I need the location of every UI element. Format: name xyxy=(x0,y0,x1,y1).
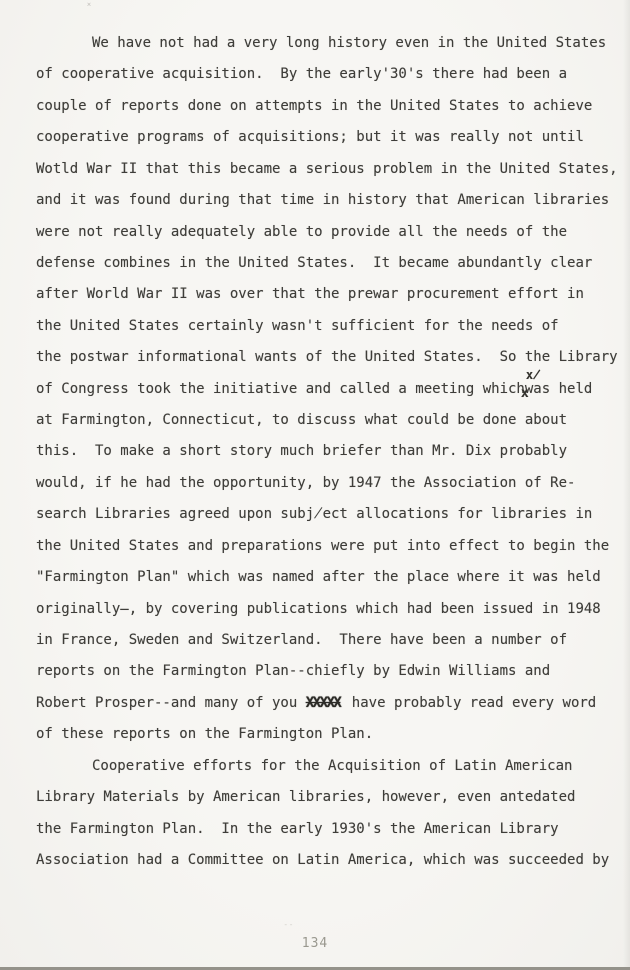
text-line: after World War II was over that the pre… xyxy=(36,286,584,303)
text-line: the Farmington Plan. In the early 1930's… xyxy=(36,821,559,838)
text-segment: of Congress took the initiative and call… xyxy=(36,381,525,397)
text-line: "Farmington Plan" which was named after … xyxy=(36,569,601,586)
text-segment: Cooperative efforts for the Acquisition … xyxy=(92,758,572,774)
text-line: We have not had a very long history even… xyxy=(36,35,606,52)
text-segment: couple of reports done on attempts in th… xyxy=(36,98,592,114)
text-segment: reports on the Farmington Plan--chiefly … xyxy=(36,663,550,679)
text-line: Library Materials by American libraries,… xyxy=(36,789,575,806)
text-segment: after World War II was over that the pre… xyxy=(36,286,584,302)
text-line: Cooperative efforts for the Acquisition … xyxy=(36,758,572,775)
text-line: Robert Prosper--and many of you XXXXX ha… xyxy=(36,695,596,712)
text-segment: this. To make a short story much briefer… xyxy=(36,443,567,459)
text-line: would, if he had the opportunity, by 194… xyxy=(36,475,575,492)
text-segment: the postwar informational wants of the U… xyxy=(36,349,618,365)
text-line: this. To make a short story much briefer… xyxy=(36,443,567,460)
text-segment: at Farmington, Connecticut, to discuss w… xyxy=(36,412,567,428)
text-segment: Association had a Committee on Latin Ame… xyxy=(36,852,609,868)
text-line: search Libraries agreed upon subj̸ect al… xyxy=(36,506,592,523)
text-line: cooperative programs of acquisitions; bu… xyxy=(36,129,584,146)
text-segment: and it was found during that time in his… xyxy=(36,192,609,208)
text-segment: Robert Prosper--and many of you xyxy=(36,695,306,711)
text-segment: "Farmington Plan" which was named after … xyxy=(36,569,601,585)
strikeout-word: XXXXX xyxy=(306,695,341,711)
text-line: of Congress took the initiative and call… xyxy=(36,381,592,398)
text-segment: was held xyxy=(525,381,592,397)
text-segment: in France, Sweden and Switzerland. There… xyxy=(36,632,567,648)
text-line: the United States and preparations were … xyxy=(36,538,609,555)
text-line: were not really adequately able to provi… xyxy=(36,224,567,241)
text-segment: would, if he had the opportunity, by 194… xyxy=(36,475,575,491)
pencil-mark: ˟ xyxy=(86,2,92,14)
text-line: at Farmington, Connecticut, to discuss w… xyxy=(36,412,567,429)
scan-edge-shade xyxy=(623,0,630,970)
document-page: ˟ We have not had a very long history ev… xyxy=(0,0,630,970)
text-segment: of these reports on the Farmington Plan. xyxy=(36,726,373,742)
text-segment: Library Materials by American libraries,… xyxy=(36,789,575,805)
text-segment: were not really adequately able to provi… xyxy=(36,224,567,240)
text-segment: the United States and preparations were … xyxy=(36,538,609,554)
text-segment: defense combines in the United States. I… xyxy=(36,255,592,271)
text-segment: originally̶, by covering publications wh… xyxy=(36,601,601,617)
text-line: the United States certainly wasn't suffi… xyxy=(36,318,559,335)
text-line: of these reports on the Farmington Plan. xyxy=(36,726,373,743)
text-segment: the United States certainly wasn't suffi… xyxy=(36,318,559,334)
text-line: Wotld War II that this became a serious … xyxy=(36,161,618,178)
text-line: couple of reports done on attempts in th… xyxy=(36,98,592,115)
text-segment: cooperative programs of acquisitions; bu… xyxy=(36,129,584,145)
text-line: in France, Sweden and Switzerland. There… xyxy=(36,632,567,649)
page-number: 134 xyxy=(0,936,630,951)
text-segment: have probably read every word xyxy=(343,695,596,711)
text-line: Association had a Committee on Latin Ame… xyxy=(36,852,609,869)
text-line: originally̶, by covering publications wh… xyxy=(36,601,601,618)
text-segment: search Libraries agreed upon subj̸ect al… xyxy=(36,506,592,522)
text-segment: We have not had a very long history even… xyxy=(92,35,606,51)
text-line: defense combines in the United States. I… xyxy=(36,255,592,272)
text-segment: Wotld War II that this became a serious … xyxy=(36,161,618,177)
text-line: reports on the Farmington Plan--chiefly … xyxy=(36,663,550,680)
text-segment: the Farmington Plan. In the early 1930's… xyxy=(36,821,559,837)
text-line: and it was found during that time in his… xyxy=(36,192,609,209)
text-line: the postwar informational wants of the U… xyxy=(36,349,618,366)
smudge-mark: ˗˗ xyxy=(283,920,294,930)
text-segment: of cooperative acquisition. By the early… xyxy=(36,66,567,82)
text-line: of cooperative acquisition. By the early… xyxy=(36,66,567,83)
